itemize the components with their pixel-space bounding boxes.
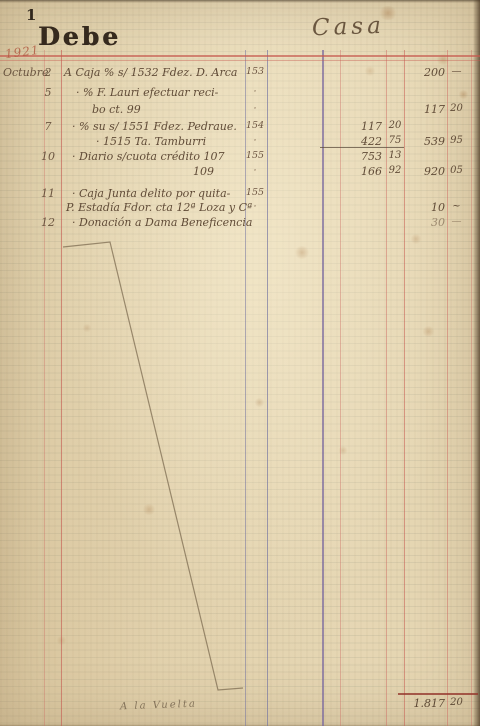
ledger-page: 1 Debe Casa 1921 Octubre 2 A Caja % s/ 1… — [0, 0, 480, 726]
total-amount-cents: 20 — [448, 697, 465, 708]
void-stroke — [0, 0, 480, 726]
total-amount: 1.817 — [400, 697, 445, 710]
